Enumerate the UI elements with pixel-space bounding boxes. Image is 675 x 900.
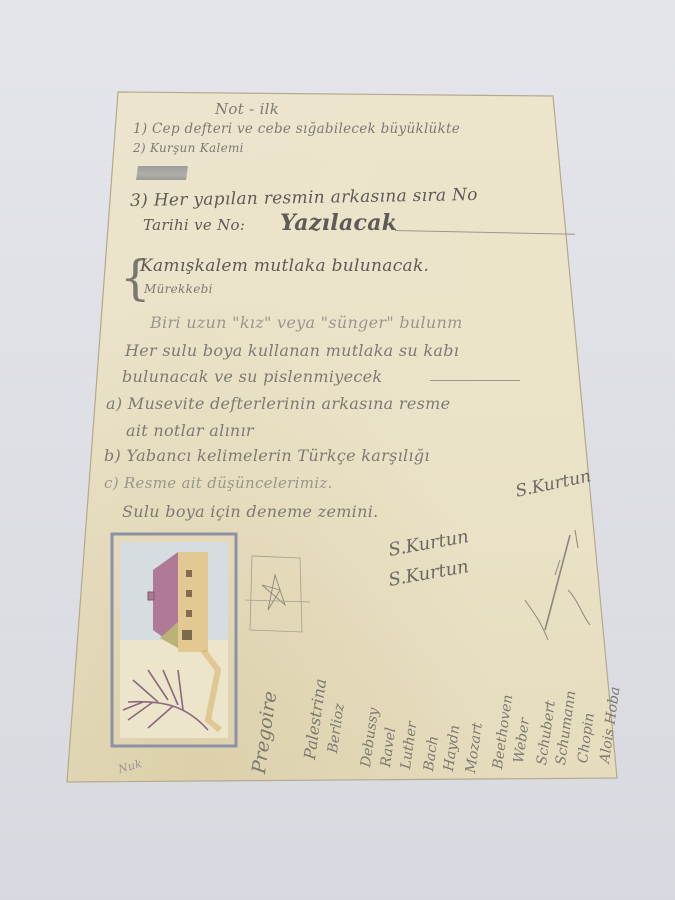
line-item3b-emphasis: Yazılacak xyxy=(280,210,397,236)
line-c1: c) Resme ait düşüncelerimiz. xyxy=(104,474,333,492)
watercolor-house-sketch xyxy=(108,530,243,750)
line-item1: 1) Cep defteri ve cebe sığabilecek büyük… xyxy=(133,121,460,137)
line-c: bulunacak ve su pislenmiyecek xyxy=(122,367,382,386)
line-a2: ait notlar alınır xyxy=(126,421,254,440)
line-b: Her sulu boya kullanan mutlaka su kabı xyxy=(125,341,459,360)
line-item2: 2) Kurşun Kalemi xyxy=(133,141,244,155)
pencil-swatch xyxy=(136,166,188,180)
line-brace1: Kamışkalem mutlaka bulunacak. xyxy=(140,256,429,276)
line-a: Biri uzun "kız" veya "sünger" bulunm xyxy=(150,313,463,332)
line-a1: a) Musevite defterlerinin arkasına resme xyxy=(106,394,450,413)
line-brace2: Mürekkebi xyxy=(144,282,213,296)
line-d1: Sulu boya için deneme zemini. xyxy=(122,502,379,521)
line-item3b-prefix: Tarihi ve No: xyxy=(143,216,245,234)
line-b1: b) Yabancı kelimelerin Türkçe karşılığı xyxy=(104,446,430,465)
line-c-tail xyxy=(430,380,520,381)
header-note: Not - ilk xyxy=(215,100,279,118)
